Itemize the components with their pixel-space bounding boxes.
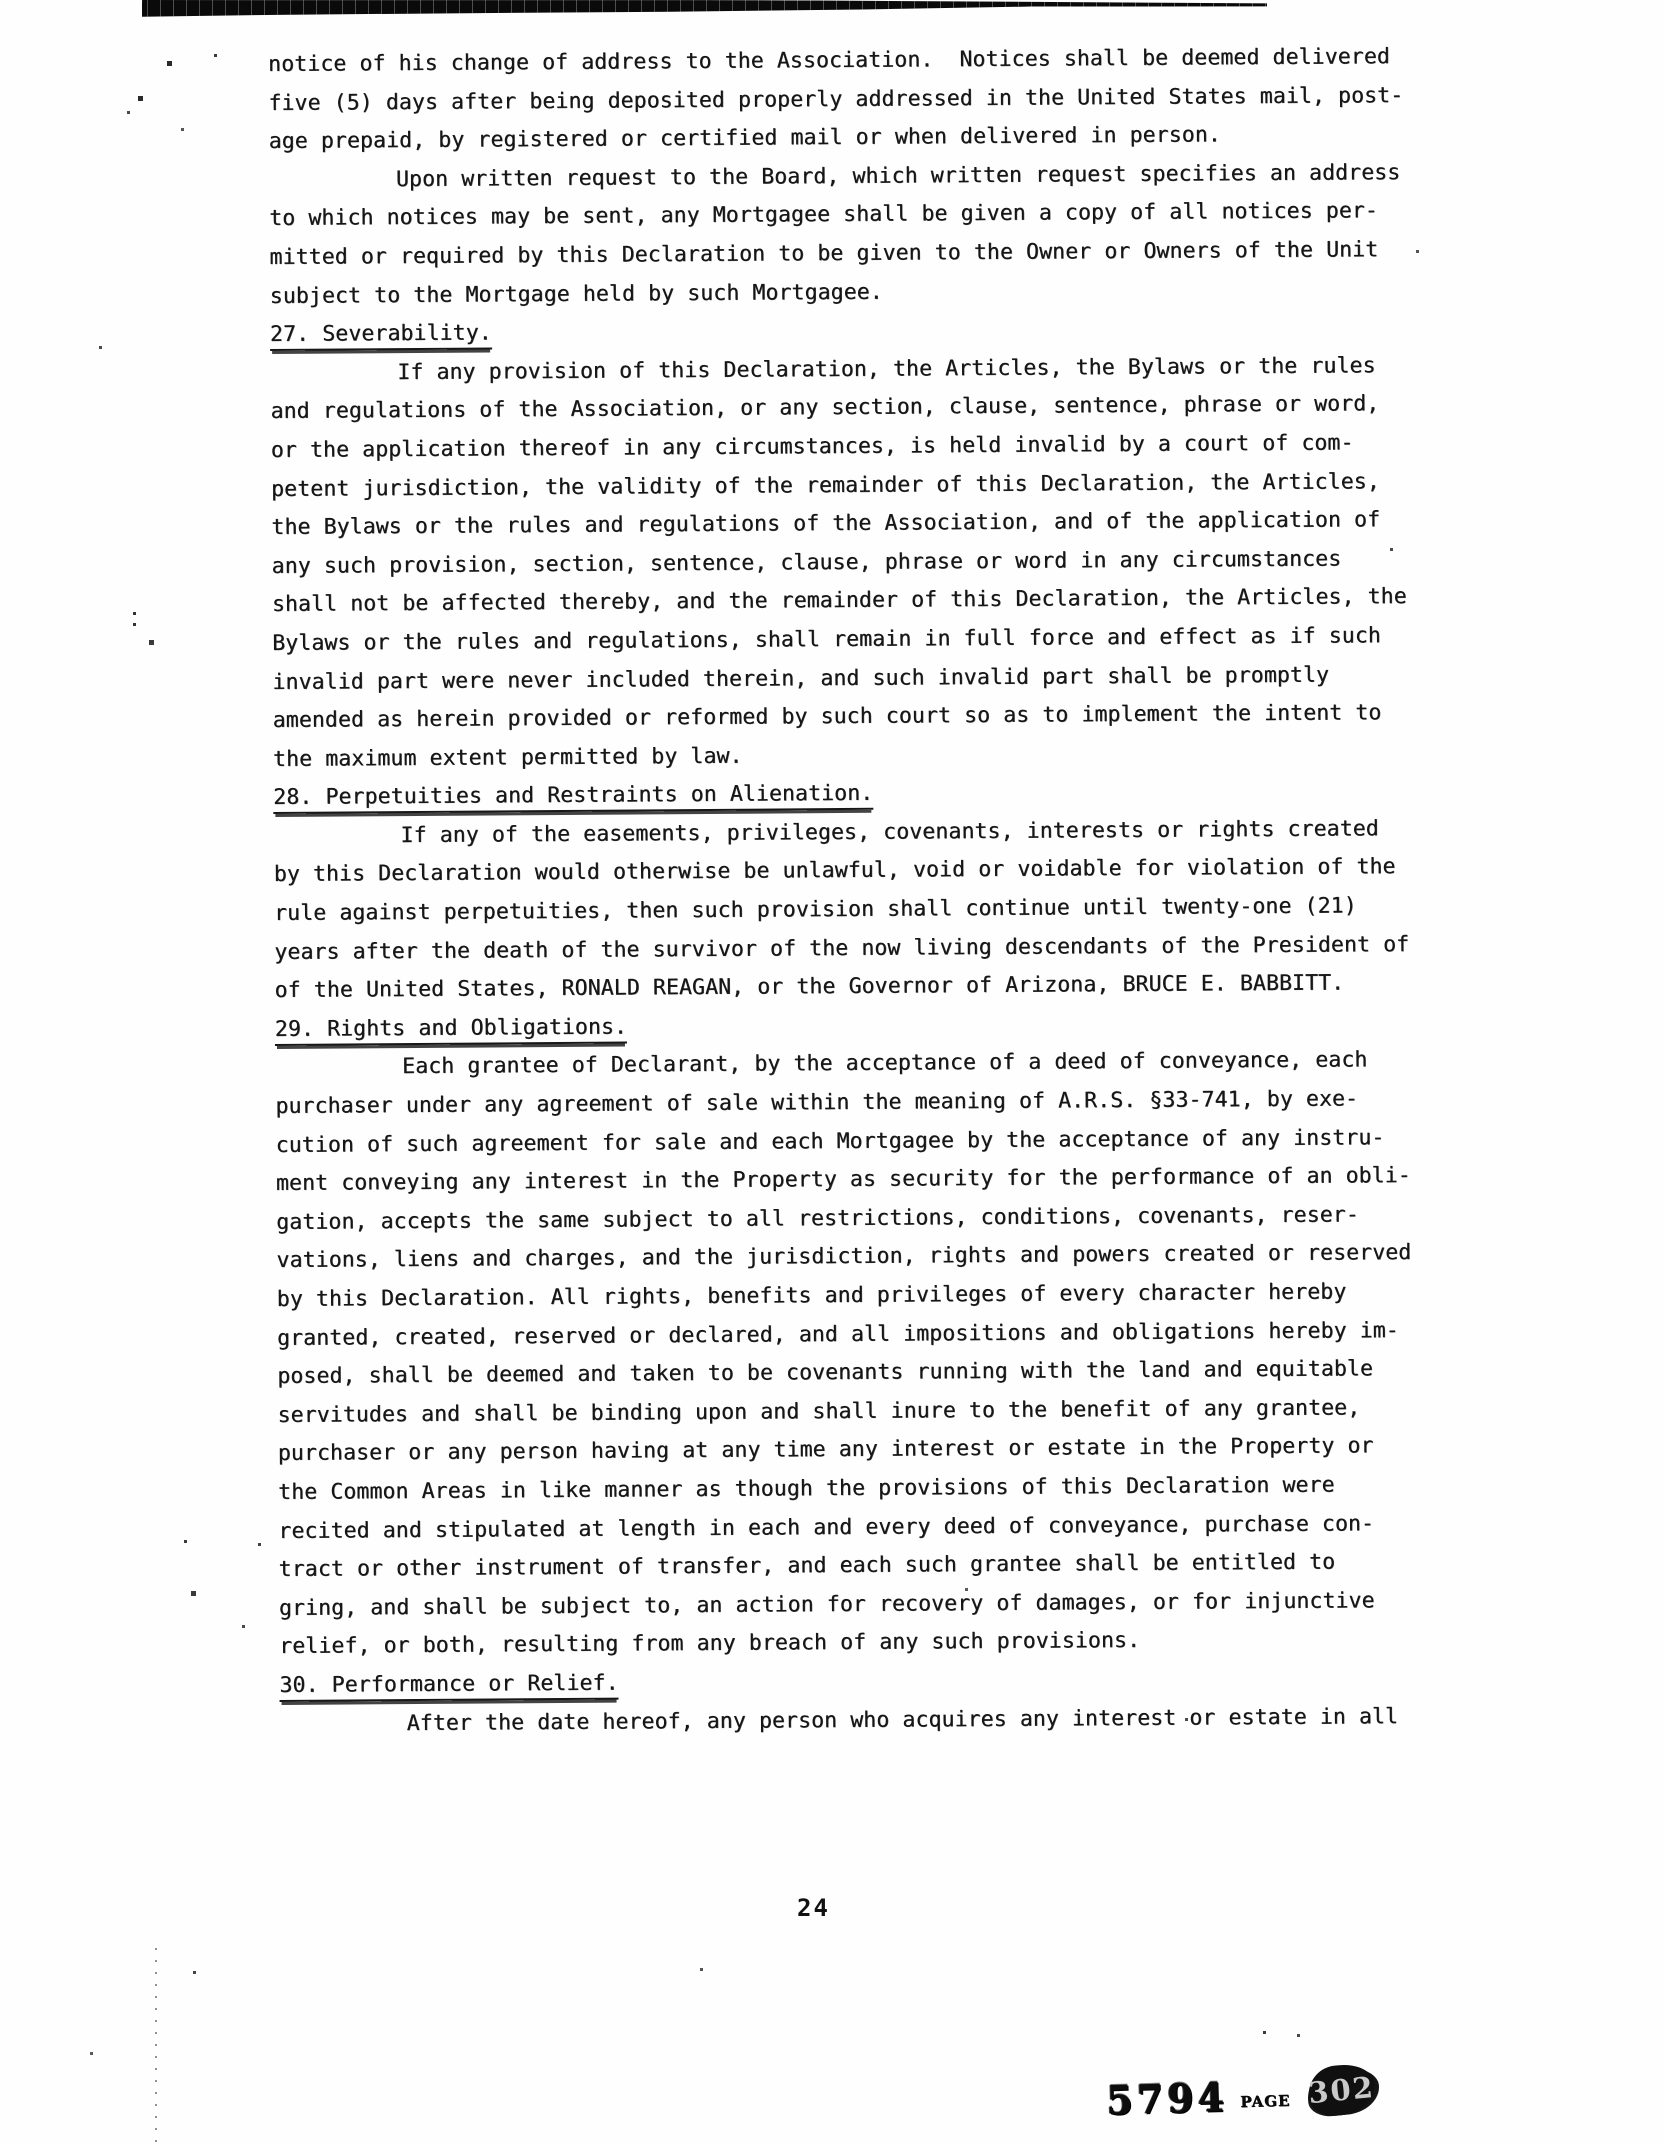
- text-line: amended as herein provided or reformed b…: [273, 694, 1433, 741]
- scanned-document-page: notice of his change of address to the A…: [0, 0, 1664, 2144]
- scan-artifact-top-strip: [142, 0, 1267, 20]
- paragraph: Each grantee of Declarant, by the accept…: [275, 1041, 1439, 1667]
- text-line: of the United States, RONALD REAGAN, or …: [274, 964, 1434, 1011]
- stamp-page-number: 302: [1306, 2062, 1377, 2118]
- stamp-book-number: 5794: [1106, 2077, 1229, 2120]
- document-body: notice of his change of address to the A…: [268, 38, 1440, 1744]
- section-heading-text: 29. Rights and Obligations.: [275, 1014, 627, 1045]
- section-heading-text: 30. Performance or Relief.: [279, 1671, 618, 1702]
- section-heading-text: 27. Severability.: [270, 321, 492, 352]
- recorder-stamp: 5794 PAGE 302: [1105, 2046, 1369, 2119]
- scan-speck-field: [0, 0, 3, 3]
- text-line: After the date hereof, any person who ac…: [280, 1697, 1440, 1744]
- paragraph: Upon written request to the Board, which…: [269, 154, 1430, 316]
- paragraph: After the date hereof, any person who ac…: [280, 1697, 1440, 1744]
- paragraph: If any provision of this Declaration, th…: [270, 347, 1433, 780]
- scan-artifact-dotted-line: [155, 1948, 157, 2144]
- paragraph: If any of the easements, privileges, cov…: [273, 810, 1434, 1011]
- page-number: 24: [797, 1894, 830, 1922]
- section-heading-text: 28. Perpetuities and Restraints on Alien…: [273, 781, 873, 814]
- paragraph: notice of his change of address to the A…: [268, 38, 1429, 162]
- text-line: mitted or required by this Declaration t…: [269, 231, 1429, 278]
- stamp-page-label: PAGE: [1240, 2092, 1291, 2111]
